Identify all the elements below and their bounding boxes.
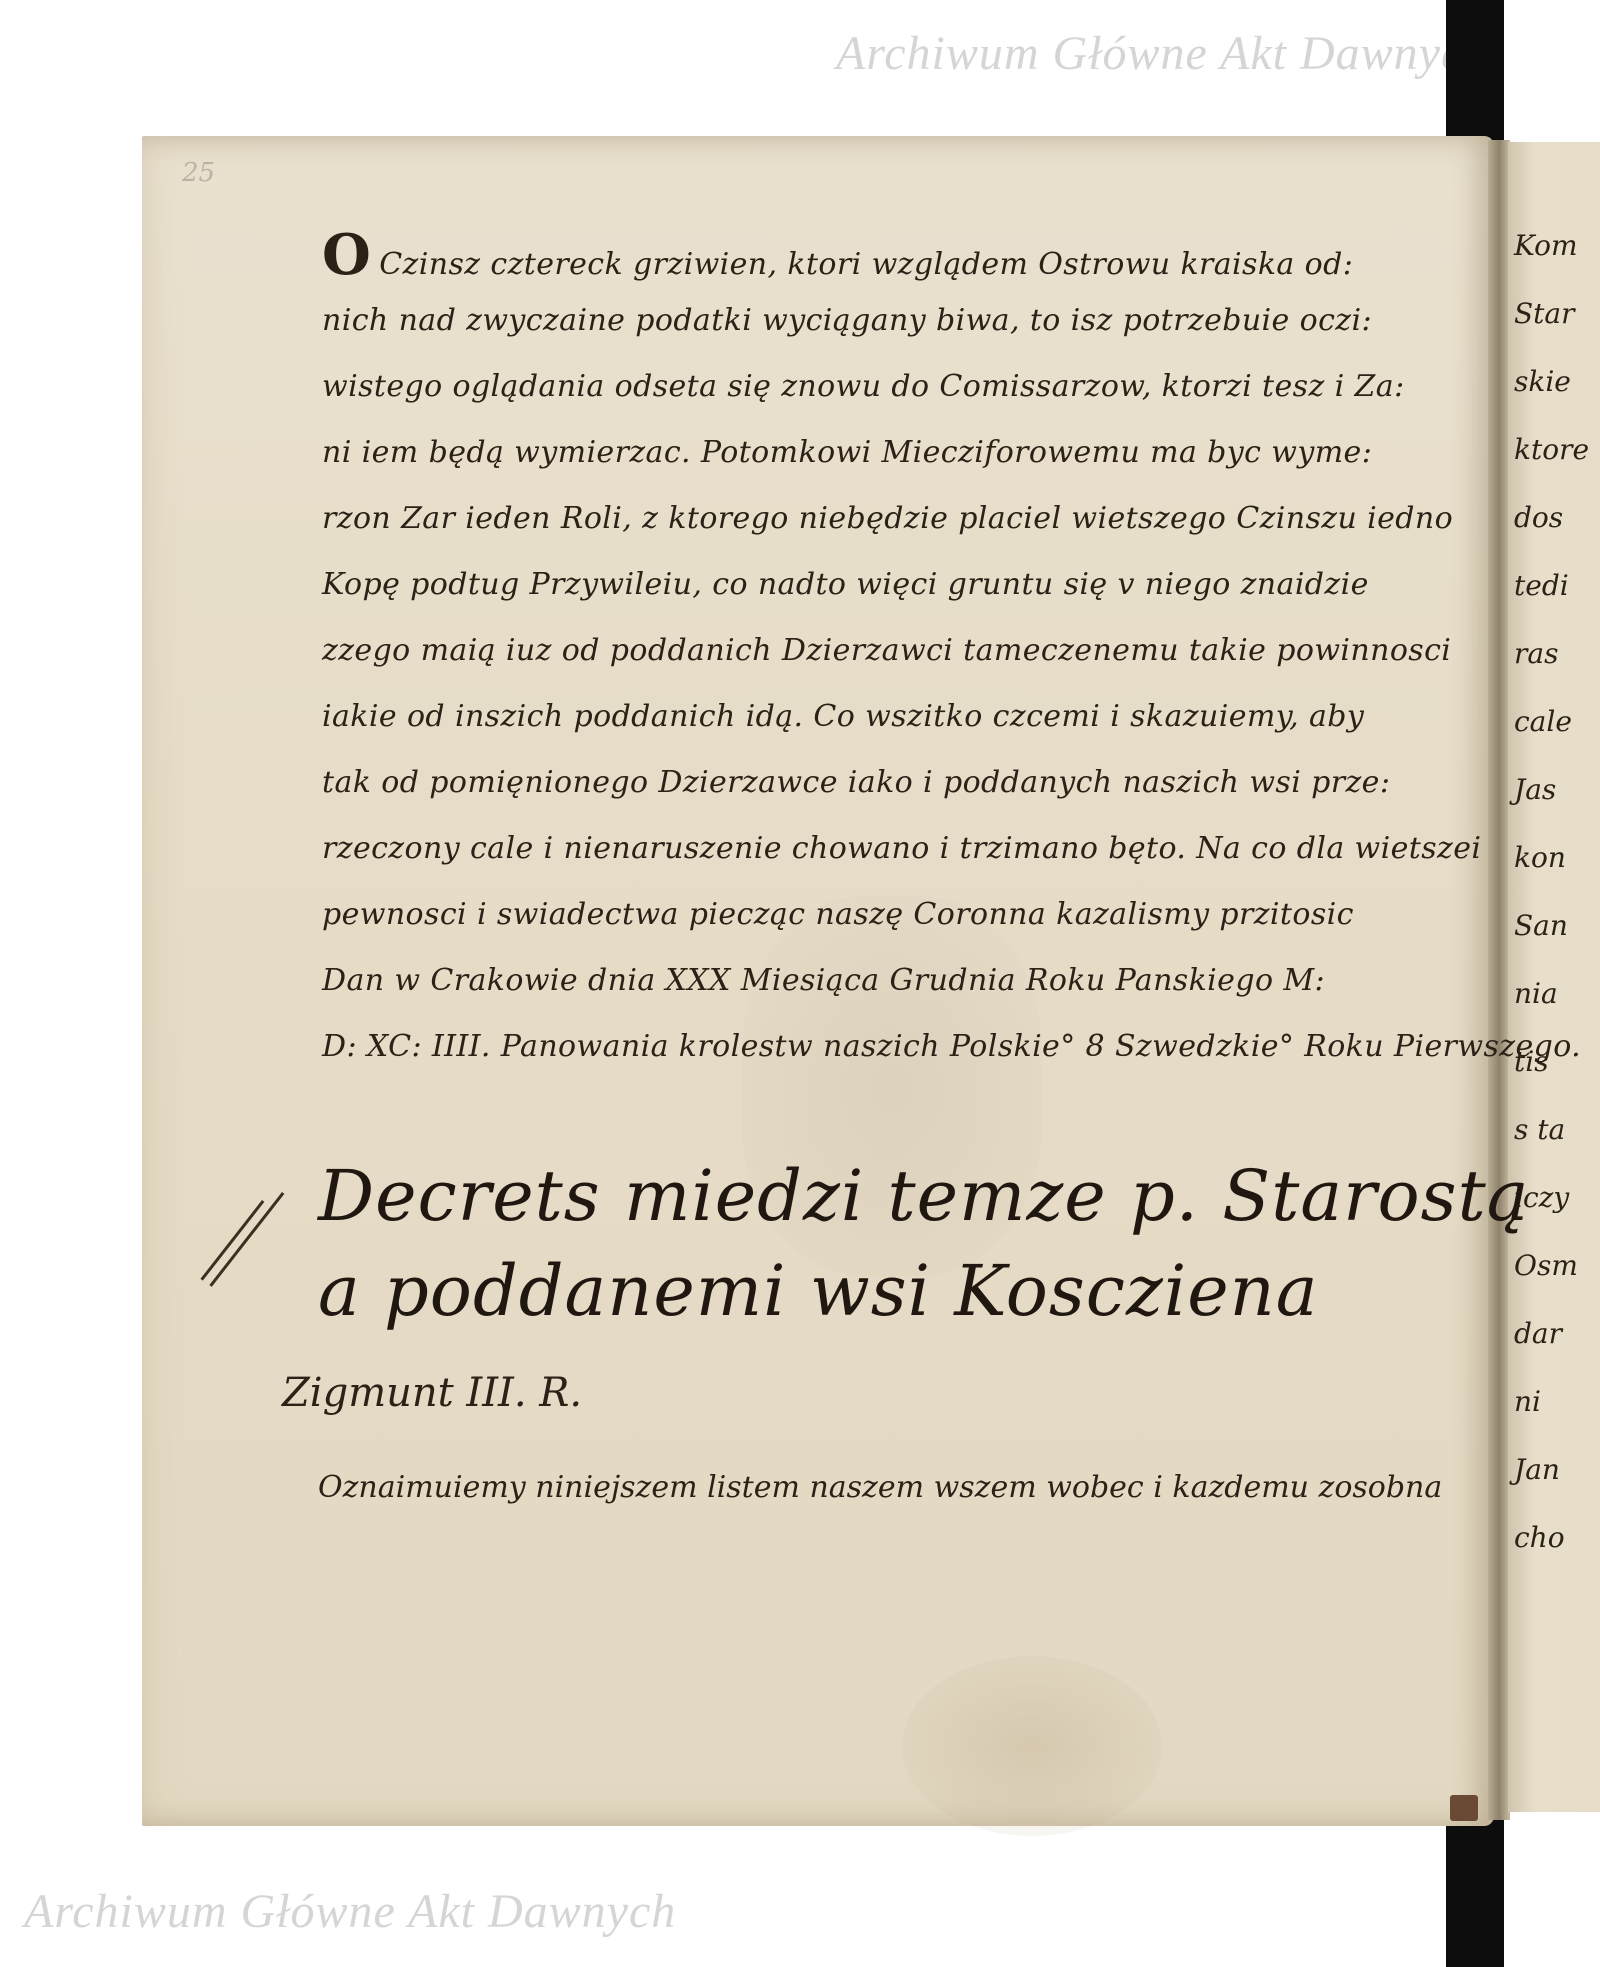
text-line: zzego maią iuz od poddanich Dzierzawci t… bbox=[322, 618, 1482, 684]
facing-page-fragment: Osm bbox=[1514, 1232, 1589, 1300]
facing-page-fragment: Jan bbox=[1514, 1436, 1589, 1504]
facing-page-fragment: ni bbox=[1514, 1368, 1589, 1436]
book-gutter bbox=[1488, 140, 1510, 1820]
section-heading-line-2: a poddanemi wsi Koscziena bbox=[318, 1250, 1458, 1332]
royal-signature: Zigmunt III. R. bbox=[282, 1370, 582, 1416]
text-line: rzeczony cale i nienaruszenie chowano i … bbox=[322, 816, 1482, 882]
text-line: ni iem będą wymierzac. Potomkowi Mieczif… bbox=[322, 420, 1482, 486]
facing-page-fragment: Jas bbox=[1514, 756, 1589, 824]
text-line: nich nad zwyczaine podatki wyciągany biw… bbox=[322, 288, 1482, 354]
archive-watermark-top: Archiwum Główne Akt Dawnych bbox=[836, 26, 1488, 81]
text-line: pewnosci i swiadectwa piecząc naszę Coro… bbox=[322, 882, 1482, 948]
text-line: tak od pomięnionego Dzierzawce iako i po… bbox=[322, 750, 1482, 816]
text-line: wistego oglądania odseta się znowu do Co… bbox=[322, 354, 1482, 420]
facing-page-fragment: kon bbox=[1514, 824, 1589, 892]
text-line: Dan w Crakowie dnia XXX Miesiąca Grudnia… bbox=[322, 948, 1482, 1014]
facing-page-fragment: cale bbox=[1514, 688, 1589, 756]
text-line: OCzinsz cztereck grziwien, ktori wzgląde… bbox=[322, 222, 1482, 288]
facing-page-fragment: dar bbox=[1514, 1300, 1589, 1368]
text-line: rzon Zar ieden Roli, z ktorego niebędzie… bbox=[322, 486, 1482, 552]
paper-stain bbox=[902, 1656, 1162, 1836]
page-number: 25 bbox=[182, 158, 215, 188]
facing-page-fragment: Star bbox=[1514, 280, 1589, 348]
facing-page-fragment: nia bbox=[1514, 960, 1589, 1028]
next-document-opening-line: Oznaimuiemy niniejszem listem naszem wsz… bbox=[318, 1470, 1442, 1505]
decorated-initial: O bbox=[322, 222, 371, 288]
facing-page-edge: Kom Star skie ktore dos tedi ras cale Ja… bbox=[1508, 142, 1600, 1812]
section-heading-line-1: Decrets miedzi temze p. Starostą bbox=[318, 1155, 1458, 1237]
facing-page-fragment: cho bbox=[1514, 1504, 1589, 1572]
text-line: Kopę podtug Przywileiu, co nadto więci g… bbox=[322, 552, 1482, 618]
facing-page-fragment: dos bbox=[1514, 484, 1589, 552]
facing-page-fragment: San bbox=[1514, 892, 1589, 960]
facing-page-fragment: skie bbox=[1514, 348, 1589, 416]
binding-fastener bbox=[1450, 1795, 1478, 1821]
facing-page-fragment: ktore bbox=[1514, 416, 1589, 484]
archive-watermark-bottom: Archiwum Główne Akt Dawnych bbox=[24, 1884, 676, 1939]
text-line: iakie od inszich poddanich idą. Co wszit… bbox=[322, 684, 1482, 750]
facing-page-fragment: tedi bbox=[1514, 552, 1589, 620]
letter-body: OCzinsz cztereck grziwien, ktori wzgląde… bbox=[322, 222, 1482, 1080]
facing-page-fragment: Kom bbox=[1514, 212, 1589, 280]
facing-page-fragment: ras bbox=[1514, 620, 1589, 688]
text-line: D: XC: IIII. Panowania krolestw naszich … bbox=[322, 1014, 1482, 1080]
facing-page-fragment: s ta bbox=[1514, 1096, 1589, 1164]
